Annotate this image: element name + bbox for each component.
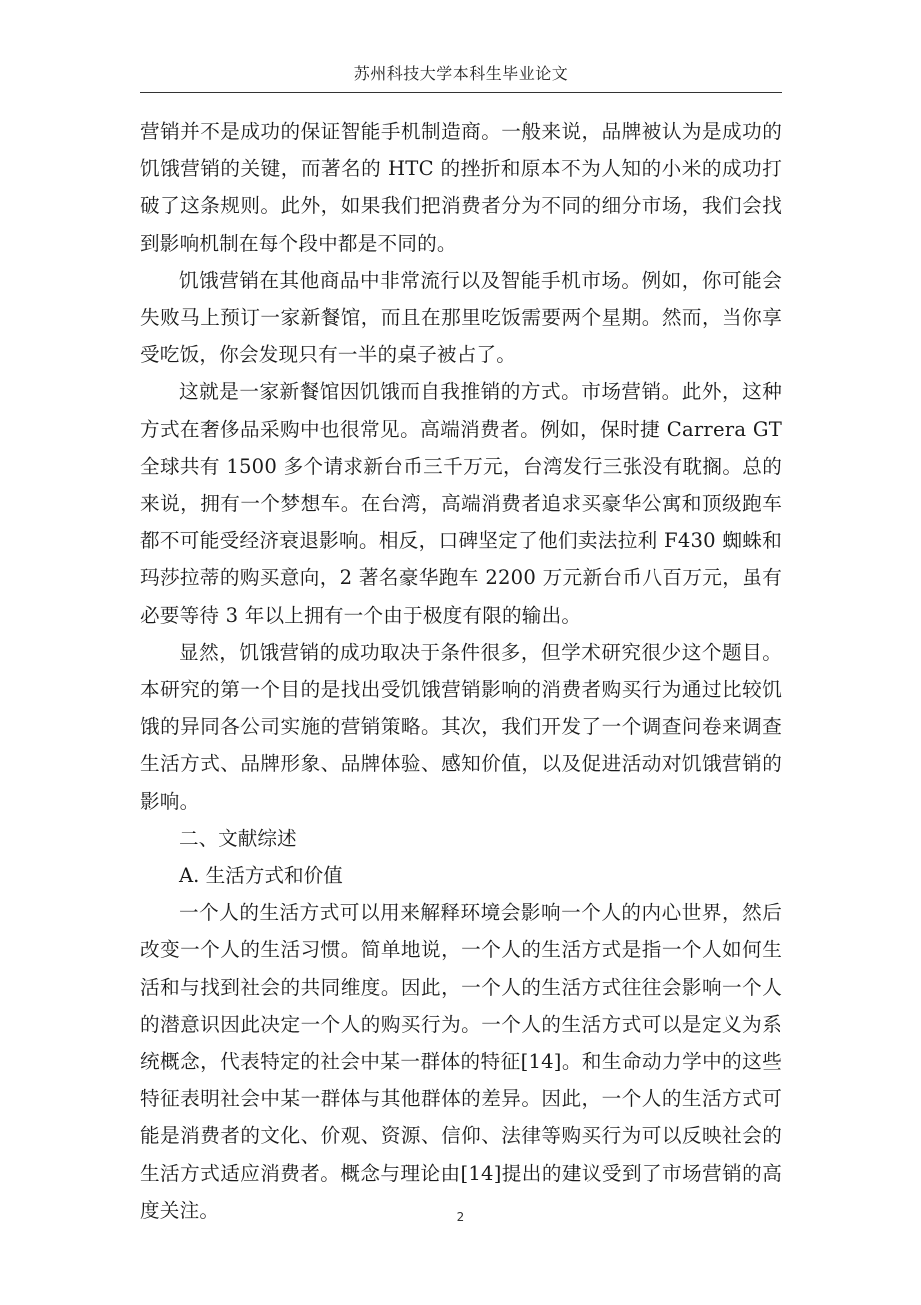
paragraph-luxury-example: 这就是一家新餐馆因饥饿而自我推销的方式。市场营销。此外，这种方式在奢侈品采购中也… [140, 373, 782, 633]
paragraph-lifestyle: 一个人的生活方式可以用来解释环境会影响一个人的内心世界，然后改变一个人的生活习惯… [140, 894, 782, 1229]
paragraph-intro-continued: 营销并不是成功的保证智能手机制造商。一般来说，品牌被认为是成功的饥饿营销的关键，… [140, 113, 782, 262]
header-title: 苏州科技大学本科生毕业论文 [354, 64, 569, 83]
document-page: 苏州科技大学本科生毕业论文 营销并不是成功的保证智能手机制造商。一般来说，品牌被… [0, 0, 921, 1305]
subsection-heading: A. 生活方式和价值 [140, 857, 782, 894]
body-text: 营销并不是成功的保证智能手机制造商。一般来说，品牌被认为是成功的饥饿营销的关键，… [140, 113, 782, 1229]
paragraph-restaurant-example: 饥饿营销在其他商品中非常流行以及智能手机市场。例如，你可能会失败马上预订一家新餐… [140, 262, 782, 374]
paragraph-research-purpose: 显然，饥饿营销的成功取决于条件很多，但学术研究很少这个题目。本研究的第一个目的是… [140, 634, 782, 820]
page-number: 2 [0, 1210, 921, 1224]
section-heading: 二、文献综述 [140, 820, 782, 857]
running-header: 苏州科技大学本科生毕业论文 [140, 60, 782, 93]
